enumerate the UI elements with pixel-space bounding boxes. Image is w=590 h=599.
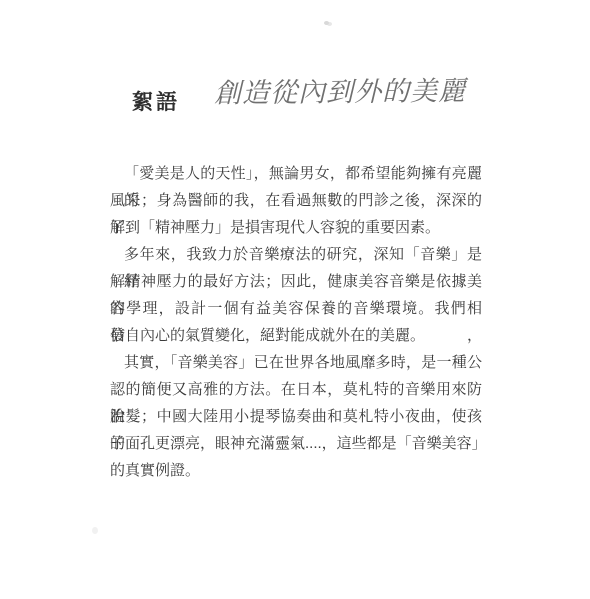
text-line: 脫髮；中國大陸用小提琴協奏曲和莫札特小夜曲，使孩子	[110, 403, 482, 430]
scanned-page: 絮語 創造從內到外的美麗 「愛美是人的天性」，無論男女，都希望能夠擁有亮麗的 風…	[0, 0, 590, 599]
text-line: 多年來，我致力於音樂療法的研究，深知「音樂」是紓	[110, 241, 482, 268]
text-line: 「愛美是人的天性」，無論男女，都希望能夠擁有亮麗的	[110, 160, 482, 187]
text-line: 風采；身為醫師的我，在看過無數的門診之後，深深的了	[110, 187, 482, 214]
text-line: 的面孔更漂亮，眼神充滿靈氣....，這些都是「音樂美容」	[110, 430, 482, 457]
scan-speck	[324, 21, 329, 25]
text-line: 解到「精神壓力」是損害現代人容貌的重要因素。	[110, 214, 482, 241]
text-line: 的學理，設計一個有益美容保養的音樂環境。我們相信，	[110, 295, 482, 322]
body-text-block: 「愛美是人的天性」，無論男女，都希望能夠擁有亮麗的 風采；身為醫師的我，在看過無…	[110, 160, 482, 484]
scan-speck	[92, 527, 98, 534]
text-line: 的真實例證。	[110, 457, 482, 484]
text-line: 解精神壓力的最好方法；因此，健康美容音樂是依據美容	[110, 268, 482, 295]
text-line: 認的簡便又高雅的方法。在日本，莫札特的音樂用來防治	[110, 376, 482, 403]
section-label: 絮語	[132, 86, 180, 116]
page-title: 創造從內到外的美麗	[214, 69, 484, 111]
text-line: 其實，「音樂美容」已在世界各地風靡多時，是一種公	[110, 349, 482, 376]
